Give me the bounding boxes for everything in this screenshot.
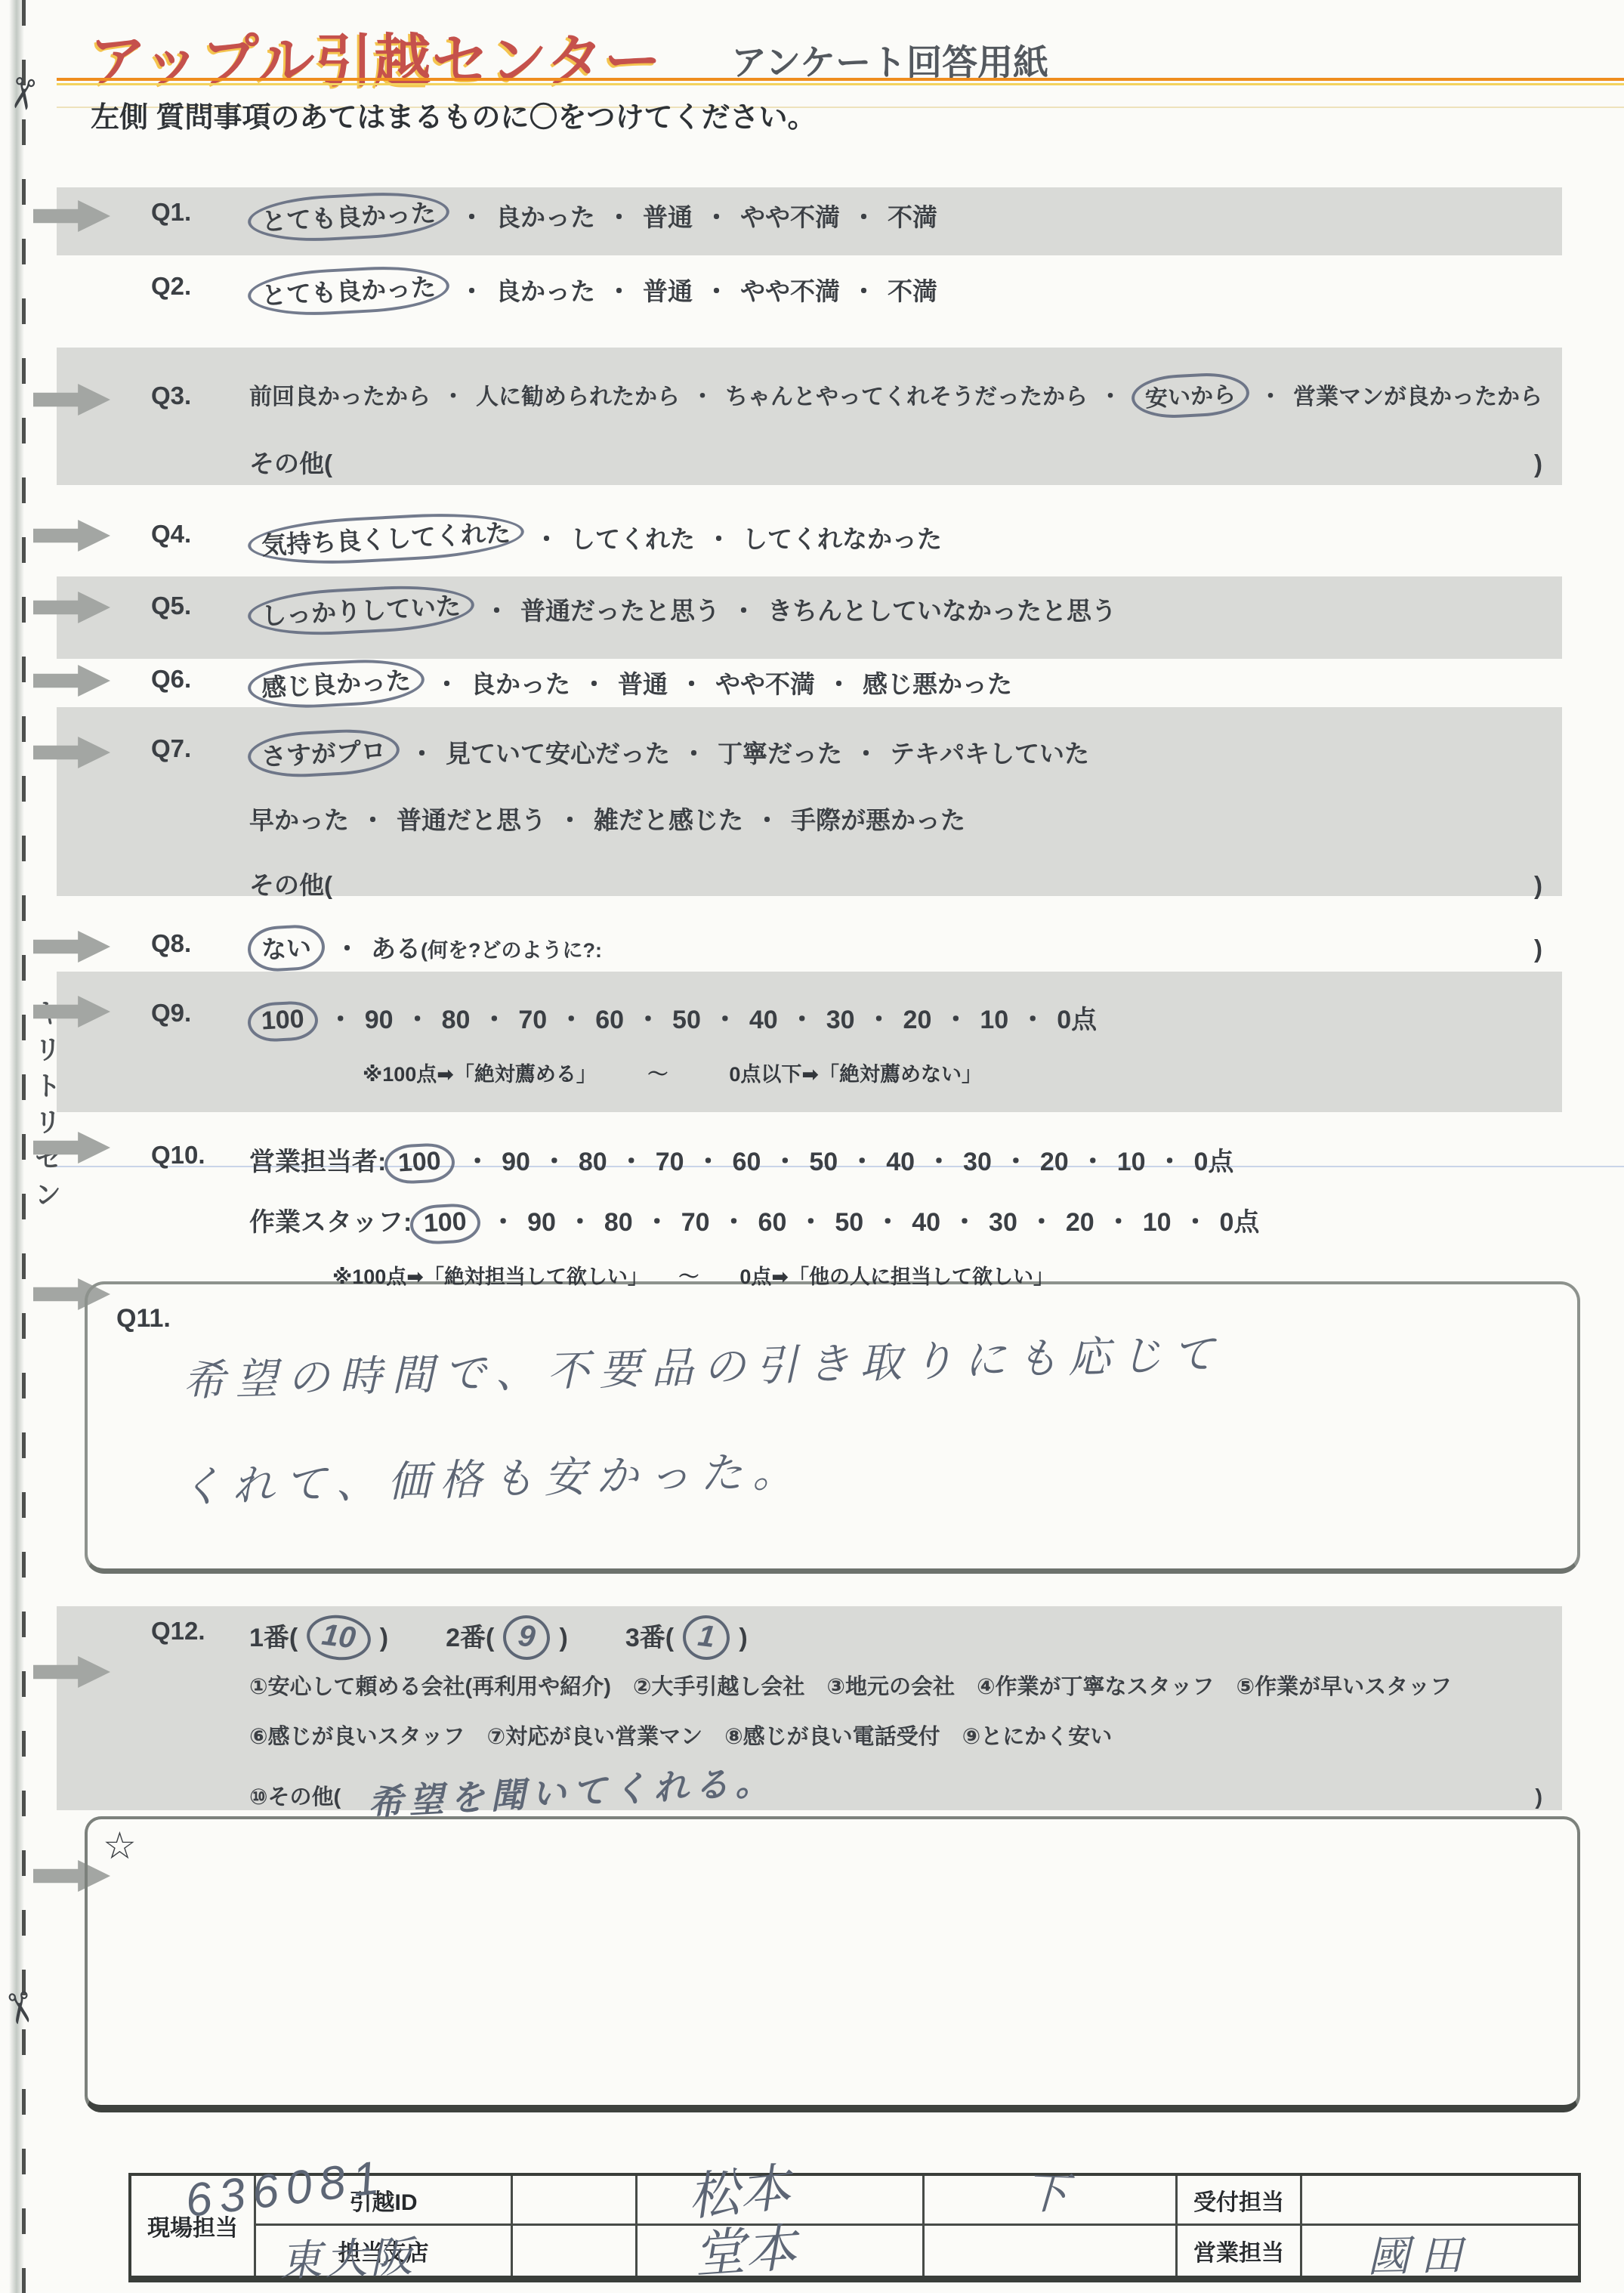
printed-text: ) bbox=[1534, 450, 1542, 478]
option-separator: ・ bbox=[706, 520, 731, 555]
option-text: 90 bbox=[502, 1148, 530, 1177]
option-separator: ・ bbox=[557, 801, 582, 836]
option-text: 丁寧だった bbox=[718, 734, 842, 770]
option-text: 不満 bbox=[888, 272, 937, 307]
question-line: さすがプロ・見ていて安心だった・丁寧だった・テキパキしていた bbox=[249, 734, 1542, 772]
option-separator: ・ bbox=[409, 734, 434, 770]
option-text: 普通 bbox=[643, 198, 693, 233]
option-separator: ・ bbox=[1106, 1201, 1132, 1238]
option-text: 10 bbox=[1143, 1208, 1172, 1238]
question-line: とても良かった・良かった・普通・やや不満・不満 bbox=[249, 272, 1542, 310]
option-text: 良かった bbox=[471, 665, 570, 700]
option-text: やや不満 bbox=[715, 665, 815, 700]
option-text: 雑だと感じた bbox=[594, 801, 743, 836]
option-text: 40 bbox=[912, 1208, 940, 1238]
option-text: 0点 bbox=[1220, 1201, 1260, 1238]
option-separator: ・ bbox=[851, 272, 876, 307]
option-text: 0点 bbox=[1194, 1141, 1234, 1178]
option-separator: ・ bbox=[484, 592, 509, 627]
question-line: その他() bbox=[249, 866, 1542, 901]
option-circled: ない bbox=[246, 923, 326, 972]
option-text: 良かった bbox=[496, 198, 595, 233]
q11-handwritten-line: 希望の時間で、不要品の引き取りにも応じて bbox=[182, 1321, 1225, 1408]
option-separator: ・ bbox=[459, 272, 484, 307]
option-text: 20 bbox=[1040, 1148, 1069, 1177]
option-circled: 安いから bbox=[1131, 371, 1251, 420]
question-label: Q2. bbox=[151, 272, 191, 301]
note-text: ※100点➡「絶対薦める」 ～ 0点以下➡「絶対薦めない」 bbox=[363, 1058, 982, 1087]
option-text: 不満 bbox=[888, 198, 937, 233]
printed-text: その他( bbox=[249, 444, 332, 480]
question-label: Q8. bbox=[151, 929, 191, 958]
handwritten-field-staff-name: 下 bbox=[1023, 2157, 1070, 2222]
option-text: 早かった bbox=[249, 801, 349, 836]
header-rule-orange bbox=[57, 78, 1624, 81]
q11-label: Q11. bbox=[116, 1304, 171, 1333]
printed-text: ⑩その他( bbox=[249, 1780, 341, 1811]
option-separator: ・ bbox=[681, 734, 706, 770]
option-separator: ・ bbox=[465, 1141, 490, 1178]
option-text: 80 bbox=[604, 1208, 633, 1238]
option-text: 50 bbox=[809, 1148, 838, 1177]
cut-dashed-line bbox=[22, 0, 26, 2293]
option-text: 普通だと思う bbox=[397, 801, 546, 836]
option-text: 20 bbox=[903, 1006, 932, 1035]
option-separator: ・ bbox=[490, 1201, 516, 1238]
option-separator: ・ bbox=[607, 198, 631, 233]
option-text: してくれた bbox=[570, 520, 695, 555]
option-separator: ・ bbox=[1020, 999, 1045, 1036]
option-separator: ・ bbox=[434, 665, 459, 700]
option-text: 0点 bbox=[1057, 999, 1097, 1036]
question-line: ⑩その他(希望を聞いてくれる。) bbox=[249, 1765, 1542, 1815]
handwritten-circled-number: 1 bbox=[681, 1612, 733, 1662]
printed-text: ) bbox=[739, 1624, 747, 1653]
option-separator: ・ bbox=[542, 1141, 567, 1178]
printed-text: ①安心して頼める会社(再利用や紹介) ②大手引越し会社 ③地元の会社 ④作業が丁… bbox=[249, 1670, 1452, 1701]
option-circled: さすがプロ bbox=[247, 727, 401, 780]
question-line: ※100点➡「絶対担当して欲しい」 ～ 0点➡「他の人に担当して欲しい」 bbox=[332, 1260, 1542, 1290]
option-separator: ・ bbox=[582, 665, 607, 700]
question-line: しっかりしていた・普通だったと思う・きちんとしていなかったと思う bbox=[249, 592, 1542, 629]
question-line: ⑥感じが良いスタッフ ⑦対応が良い営業マン ⑧感じが良い電話受付 ⑨とにかく安い bbox=[249, 1720, 1542, 1751]
option-separator: ・ bbox=[849, 1141, 875, 1178]
question-line: 感じ良かった・良かった・普通・やや不満・感じ悪かった bbox=[249, 665, 1542, 703]
option-text: 70 bbox=[518, 1006, 547, 1035]
option-separator: ・ bbox=[866, 999, 892, 1036]
moving-id-value-cell bbox=[513, 2176, 638, 2226]
header-rule-yellow bbox=[57, 83, 1624, 85]
option-separator: ・ bbox=[755, 801, 780, 836]
printed-text-small: (何を?どのように?: bbox=[421, 934, 602, 963]
option-separator: ・ bbox=[851, 198, 876, 233]
printed-text: その他( bbox=[249, 866, 332, 901]
handwritten-field-staff-name: 堂本 bbox=[691, 2207, 798, 2287]
option-separator: ・ bbox=[567, 1201, 593, 1238]
option-text: ちゃんとやってくれそうだったから bbox=[725, 378, 1088, 411]
option-separator: ・ bbox=[1259, 378, 1282, 411]
option-text: 40 bbox=[749, 1006, 778, 1035]
branch-value-cell bbox=[513, 2226, 638, 2276]
handwritten-text: 希望を聞いてくれる。 bbox=[367, 1754, 777, 1825]
option-text: 良かった bbox=[496, 272, 595, 307]
pointer-arrow-icon bbox=[33, 931, 110, 963]
option-text: 10 bbox=[980, 1006, 1008, 1035]
option-separator: ・ bbox=[926, 1141, 952, 1178]
option-text: きちんとしていなかったと思う bbox=[767, 592, 1116, 627]
option-text: 30 bbox=[826, 1006, 855, 1035]
option-text: 20 bbox=[1066, 1208, 1095, 1238]
question-label: Q4. bbox=[151, 520, 191, 549]
question-line: 営業担当者:100・90・80・70・60・50・40・30・20・10・0点 bbox=[249, 1141, 1542, 1179]
question-label: Q5. bbox=[151, 592, 191, 620]
printed-text: 3番( bbox=[625, 1617, 674, 1654]
option-text: やや不満 bbox=[740, 198, 840, 233]
printed-text: 1番( bbox=[249, 1617, 298, 1654]
star-note-box: ☆ bbox=[85, 1816, 1580, 2112]
option-separator: ・ bbox=[691, 378, 714, 411]
option-text: 60 bbox=[595, 1006, 624, 1035]
note-text: ※100点➡「絶対担当して欲しい」 ～ 0点➡「他の人に担当して欲しい」 bbox=[332, 1260, 1054, 1290]
printed-text: ) bbox=[560, 1624, 568, 1653]
option-separator: ・ bbox=[875, 1201, 900, 1238]
option-separator: ・ bbox=[1029, 1201, 1054, 1238]
question-line: ①安心して頼める会社(再利用や紹介) ②大手引越し会社 ③地元の会社 ④作業が丁… bbox=[249, 1670, 1542, 1701]
option-separator: ・ bbox=[481, 999, 507, 1036]
option-circled: 100 bbox=[409, 1203, 481, 1246]
option-text: ある bbox=[371, 929, 421, 965]
option-separator: ・ bbox=[644, 1201, 670, 1238]
star-icon: ☆ bbox=[103, 1824, 137, 1868]
option-text: 90 bbox=[527, 1208, 556, 1238]
question-line: 作業スタッフ:100・90・80・70・60・50・40・30・20・10・0点 bbox=[249, 1201, 1542, 1240]
scissors-icon: ✂ bbox=[0, 1987, 43, 2029]
option-separator: ・ bbox=[1080, 1141, 1106, 1178]
question-label: Q1. bbox=[151, 198, 191, 227]
question-line: 1番(10)2番(9)3番(1) bbox=[249, 1617, 1542, 1655]
option-separator: ・ bbox=[679, 665, 704, 700]
option-separator: ・ bbox=[721, 1201, 747, 1238]
question-line: 気持ち良くしてくれた・してくれた・してくれなかった bbox=[249, 520, 1542, 558]
reception-label-cell: 受付担当 bbox=[1178, 2176, 1302, 2226]
question-label: Q6. bbox=[151, 665, 191, 694]
option-separator: ・ bbox=[704, 272, 729, 307]
question-line: 早かった・普通だと思う・雑だと感じた・手際が悪かった bbox=[249, 801, 1542, 836]
option-separator: ・ bbox=[1157, 1141, 1183, 1178]
printed-text: 2番( bbox=[446, 1617, 494, 1654]
option-separator: ・ bbox=[731, 592, 756, 627]
option-separator: ・ bbox=[1099, 378, 1122, 411]
option-separator: ・ bbox=[1003, 1141, 1029, 1178]
printed-text: ) bbox=[1534, 871, 1542, 900]
question-label: Q10. bbox=[151, 1141, 205, 1170]
option-text: 普通だったと思う bbox=[520, 592, 720, 627]
option-separator: ・ bbox=[607, 272, 631, 307]
sales-label-cell: 営業担当 bbox=[1178, 2226, 1302, 2276]
instruction-text: 左側 質問事項のあてはまるものに〇をつけてください。 bbox=[91, 94, 817, 135]
option-separator: ・ bbox=[952, 1201, 977, 1238]
handwritten-circled-number: 9 bbox=[501, 1612, 553, 1662]
option-separator: ・ bbox=[943, 999, 968, 1036]
printed-text: ) bbox=[380, 1624, 388, 1653]
q11-handwritten-line: くれて、価格も安かった。 bbox=[179, 1438, 805, 1515]
option-circled: 100 bbox=[384, 1142, 455, 1185]
option-text: 手際が悪かった bbox=[791, 801, 965, 836]
question-line: その他() bbox=[249, 444, 1542, 480]
question-line: 100・90・80・70・60・50・40・30・20・10・0点 bbox=[249, 999, 1542, 1037]
option-text: 見ていて安心だった bbox=[446, 734, 670, 770]
survey-answer-sheet: ✂ ✂ キリトリセン アップル引越センター アンケート回答用紙 左側 質問事項の… bbox=[0, 0, 1624, 2293]
handwritten-sales-staff: 國田 bbox=[1366, 2222, 1473, 2284]
pointer-arrow-icon bbox=[33, 665, 110, 697]
option-separator: ・ bbox=[854, 734, 878, 770]
question-label: Q3. bbox=[151, 382, 191, 410]
option-separator: ・ bbox=[704, 198, 729, 233]
option-text: してくれなかった bbox=[743, 520, 942, 555]
option-text: 30 bbox=[963, 1148, 992, 1177]
option-separator: ・ bbox=[534, 520, 559, 555]
option-text: 普通 bbox=[618, 665, 668, 700]
option-text: 90 bbox=[365, 1006, 394, 1035]
printed-text: ) bbox=[1534, 935, 1542, 963]
option-separator: ・ bbox=[442, 378, 465, 411]
option-circled: 気持ち良くしてくれた bbox=[247, 508, 526, 568]
printed-text: 営業担当者: bbox=[249, 1141, 386, 1178]
question-label: Q9. bbox=[151, 999, 191, 1028]
option-separator: ・ bbox=[335, 929, 360, 965]
option-separator: ・ bbox=[360, 801, 385, 836]
option-circled: 100 bbox=[247, 1000, 319, 1043]
option-text: 50 bbox=[672, 1006, 701, 1035]
option-separator: ・ bbox=[712, 999, 738, 1036]
question-line: ※100点➡「絶対薦める」 ～ 0点以下➡「絶対薦めない」 bbox=[363, 1058, 1542, 1087]
shaded-band bbox=[57, 972, 1562, 1112]
option-separator: ・ bbox=[328, 999, 354, 1036]
option-separator: ・ bbox=[798, 1201, 823, 1238]
handwritten-branch: 東大阪 bbox=[279, 2223, 417, 2288]
reception-value-cell bbox=[1302, 2176, 1578, 2226]
option-separator: ・ bbox=[635, 999, 661, 1036]
option-text: やや不満 bbox=[740, 272, 840, 307]
q11-free-comment-box: Q11. 希望の時間で、不要品の引き取りにも応じて くれて、価格も安かった。 bbox=[85, 1281, 1580, 1574]
option-text: 60 bbox=[733, 1148, 761, 1177]
option-text: 50 bbox=[835, 1208, 863, 1238]
option-text: 普通 bbox=[643, 272, 693, 307]
option-separator: ・ bbox=[696, 1141, 721, 1178]
option-text: 80 bbox=[442, 1006, 471, 1035]
option-circled: とても良かった bbox=[247, 263, 451, 319]
option-text: 70 bbox=[656, 1148, 684, 1177]
option-separator: ・ bbox=[826, 665, 851, 700]
option-text: 前回良かったから bbox=[249, 378, 431, 411]
scissors-icon: ✂ bbox=[0, 73, 46, 115]
option-text: テキパキしていた bbox=[890, 734, 1089, 770]
option-text: 人に勧められたから bbox=[476, 378, 680, 411]
question-line: とても良かった・良かった・普通・やや不満・不満 bbox=[249, 198, 1542, 236]
field-staff-name-cell bbox=[925, 2226, 1178, 2276]
option-text: 40 bbox=[886, 1148, 915, 1177]
option-separator: ・ bbox=[459, 198, 484, 233]
printed-text: ) bbox=[1535, 1785, 1542, 1810]
question-line: ない・ある(何を?どのように?:) bbox=[249, 929, 1542, 967]
option-separator: ・ bbox=[789, 999, 815, 1036]
option-text: 80 bbox=[579, 1148, 607, 1177]
option-text: 感じ悪かった bbox=[863, 665, 1012, 700]
option-circled: 感じ良かった bbox=[247, 657, 426, 711]
option-text: 営業マンが良かったから bbox=[1293, 378, 1542, 411]
option-text: 60 bbox=[758, 1208, 787, 1238]
pointer-arrow-icon bbox=[33, 520, 110, 552]
question-line: 前回良かったから・人に勧められたから・ちゃんとやってくれそうだったから・安いから… bbox=[249, 378, 1542, 413]
option-separator: ・ bbox=[772, 1141, 798, 1178]
printed-text: ⑥感じが良いスタッフ ⑦対応が良い営業マン ⑧感じが良い電話受付 ⑨とにかく安い bbox=[249, 1720, 1112, 1751]
option-separator: ・ bbox=[619, 1141, 644, 1178]
printed-text: 作業スタッフ: bbox=[249, 1201, 412, 1238]
option-text: 10 bbox=[1117, 1148, 1146, 1177]
option-separator: ・ bbox=[405, 999, 431, 1036]
question-label: Q12. bbox=[151, 1617, 205, 1646]
option-separator: ・ bbox=[1183, 1201, 1209, 1238]
question-label: Q7. bbox=[151, 734, 191, 763]
option-text: 70 bbox=[681, 1208, 710, 1238]
option-separator: ・ bbox=[558, 999, 584, 1036]
option-text: 30 bbox=[989, 1208, 1017, 1238]
